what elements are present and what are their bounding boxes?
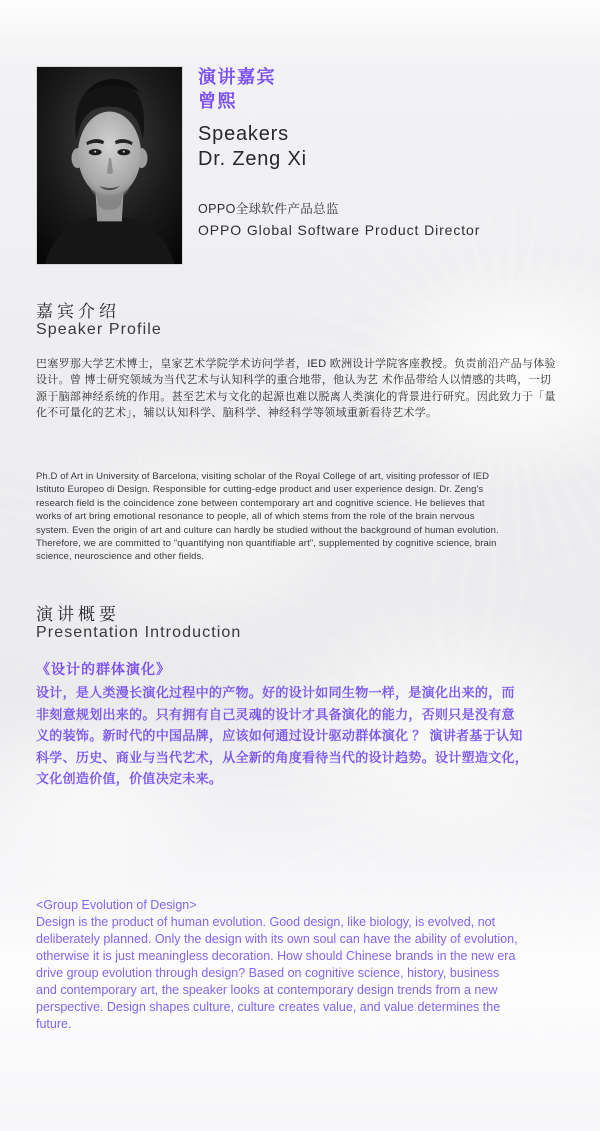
profile-body-en: Ph.D of Art in University of Barcelona, … <box>36 470 592 564</box>
portrait-illustration <box>37 67 182 264</box>
profile-body-zh: 巴塞罗那大学艺术博士，皇家艺术学院学术访问学者，IED 欧洲设计学院客座教授。负… <box>36 356 592 422</box>
speaker-header-zh: 演讲嘉宾 曾熙 <box>198 66 276 113</box>
speaker-label-en: Speakers <box>198 122 307 147</box>
speaker-header-en: Speakers Dr. Zeng Xi <box>198 122 307 171</box>
presentation-heading-zh: 演讲概要 <box>36 600 120 625</box>
talk-title-zh: 《设计的群体演化》 <box>36 659 171 679</box>
speaker-label-zh: 演讲嘉宾 <box>198 66 276 90</box>
presentation-heading-en: Presentation Introduction <box>36 624 241 642</box>
speaker-name-zh: 曾熙 <box>198 90 276 114</box>
speaker-poster-page: 演讲嘉宾 曾熙 Speakers Dr. Zeng Xi OPPO全球软件产品总… <box>0 0 600 1131</box>
profile-heading-en: Speaker Profile <box>36 321 162 339</box>
presentation-body-en: Design is the product of human evolution… <box>36 914 592 1033</box>
speaker-title-zh: OPPO全球软件产品总监 <box>198 199 339 217</box>
speaker-name-en: Dr. Zeng Xi <box>198 147 307 172</box>
presentation-body-zh: 设计，是人类漫长演化过程中的产物。好的设计如同生物一样，是演化出来的，而 非刻意… <box>36 682 592 790</box>
speaker-title-en: OPPO Global Software Product Director <box>198 222 480 238</box>
talk-title-en: <Group Evolution of Design> <box>36 897 197 914</box>
profile-heading-zh: 嘉宾介绍 <box>36 297 120 322</box>
speaker-photo <box>36 66 183 265</box>
